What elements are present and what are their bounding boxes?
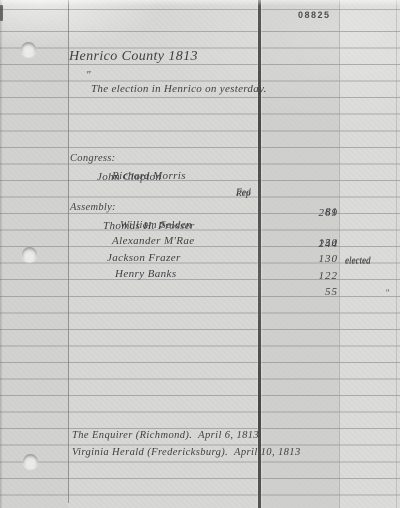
- congress-section-label: Congress:: [70, 153, 115, 164]
- congress-row: Richard Morris Fed 81: [0, 134, 400, 150]
- elected-note: elected: [345, 255, 389, 265]
- assembly-row: Henry Banks 55: [0, 232, 400, 248]
- quotation-mark: ": [86, 69, 91, 81]
- top-ruled-line: [0, 9, 400, 10]
- paper-top-highlight: [0, 0, 400, 6]
- scan-edge-mark: [0, 5, 3, 21]
- right-column-rule: [339, 0, 340, 508]
- scanned-notebook-page: 08825 Henrico County 1813 " The election…: [0, 0, 400, 508]
- source-citation: Virginia Herald (Fredericksburg). April …: [72, 447, 301, 458]
- assembly-row: Assembly: Thomas H. Prosser 244 elected: [0, 166, 400, 182]
- punch-hole-middle: [22, 247, 37, 262]
- document-number-stamp: 08825: [298, 10, 331, 20]
- source-citation: The Enquirer (Richmond). April 6, 1813: [72, 430, 259, 441]
- congress-row: Congress: John Clopton Rep 269: [0, 117, 400, 133]
- quoted-headline: The election in Henrico on yesterday.: [91, 83, 267, 95]
- ruled-lines: [0, 31, 400, 496]
- punch-hole-top: [21, 42, 36, 57]
- page-title: Henrico County 1813: [69, 49, 198, 65]
- assembly-row: Alexander M'Rae 130: [0, 199, 400, 215]
- candidate-name: Jackson Frazer: [107, 252, 181, 264]
- right-edge-rule: [396, 0, 397, 508]
- vote-count: 130: [296, 253, 338, 265]
- candidate-name: Henry Banks: [115, 268, 177, 280]
- assembly-row: William Selden 150 elected: [0, 183, 400, 199]
- vote-count: 122: [296, 270, 338, 282]
- assembly-row: Jackson Frazer 122 ": [0, 216, 400, 232]
- punch-hole-bottom: [23, 454, 38, 469]
- ditto-mark: ": [345, 288, 389, 298]
- left-margin-rule: [68, 0, 69, 503]
- vote-count: 55: [296, 286, 338, 298]
